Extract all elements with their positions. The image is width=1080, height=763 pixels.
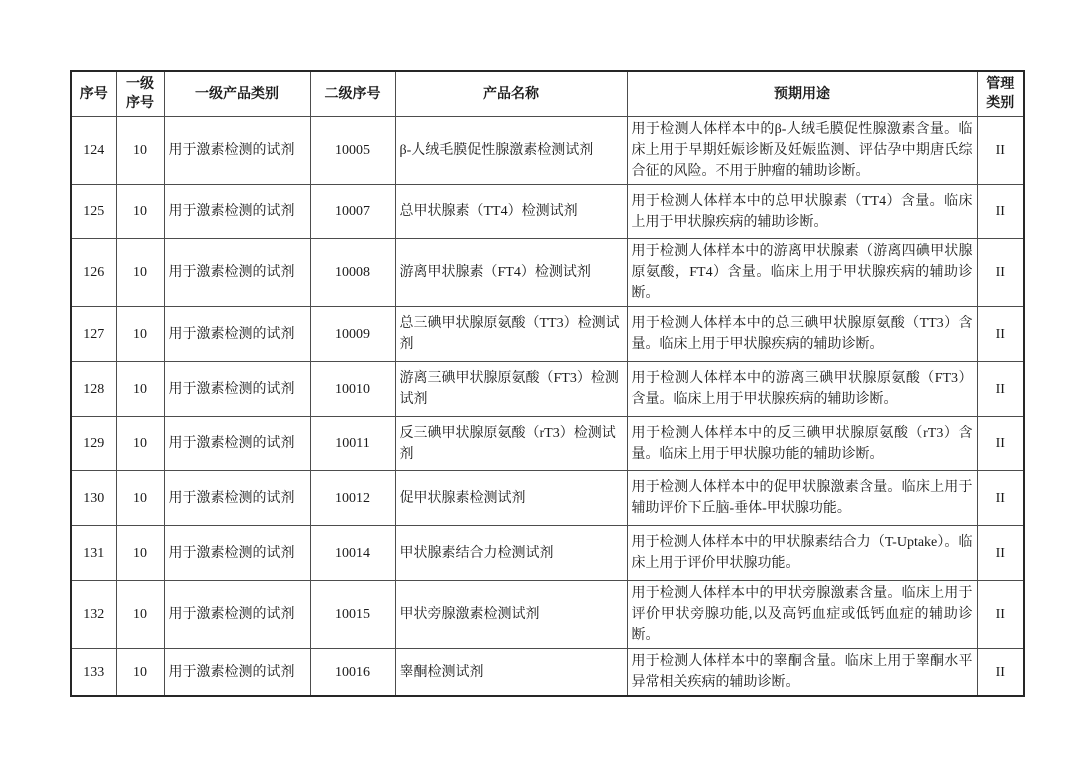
cell-level2-seq: 10016 [310, 649, 395, 697]
table-row: 132 10 用于激素检测的试剂 10015 甲状旁腺激素检测试剂 用于检测人体… [71, 581, 1024, 649]
table-row: 127 10 用于激素检测的试剂 10009 总三碘甲状腺原氨酸（TT3）检测试… [71, 307, 1024, 362]
cell-level1-seq: 10 [116, 117, 164, 185]
table-row: 133 10 用于激素检测的试剂 10016 睾酮检测试剂 用于检测人体样本中的… [71, 649, 1024, 697]
table-row: 129 10 用于激素检测的试剂 10011 反三碘甲状腺原氨酸（rT3）检测试… [71, 417, 1024, 471]
cell-intended-use: 用于检测人体样本中的总三碘甲状腺原氨酸（TT3）含量。临床上用于甲状腺疾病的辅助… [627, 307, 977, 362]
cell-mgmt-class: II [977, 239, 1024, 307]
table-header-row: 序号 一级序号 一级产品类别 二级序号 产品名称 预期用途 管理类别 [71, 71, 1024, 117]
header-product-name: 产品名称 [395, 71, 627, 117]
table-body: 124 10 用于激素检测的试剂 10005 β-人绒毛膜促性腺激素检测试剂 用… [71, 117, 1024, 697]
product-catalog-table: 序号 一级序号 一级产品类别 二级序号 产品名称 预期用途 管理类别 124 1… [70, 70, 1025, 697]
cell-product-name: 甲状旁腺激素检测试剂 [395, 581, 627, 649]
cell-level2-seq: 10014 [310, 526, 395, 581]
table-row: 131 10 用于激素检测的试剂 10014 甲状腺素结合力检测试剂 用于检测人… [71, 526, 1024, 581]
table-row: 130 10 用于激素检测的试剂 10012 促甲状腺素检测试剂 用于检测人体样… [71, 471, 1024, 526]
cell-level2-seq: 10012 [310, 471, 395, 526]
cell-mgmt-class: II [977, 185, 1024, 239]
cell-mgmt-class: II [977, 307, 1024, 362]
document-page: 序号 一级序号 一级产品类别 二级序号 产品名称 预期用途 管理类别 124 1… [0, 0, 1080, 763]
table-row: 128 10 用于激素检测的试剂 10010 游离三碘甲状腺原氨酸（FT3）检测… [71, 362, 1024, 417]
cell-product-name: 总三碘甲状腺原氨酸（TT3）检测试剂 [395, 307, 627, 362]
table-row: 126 10 用于激素检测的试剂 10008 游离甲状腺素（FT4）检测试剂 用… [71, 239, 1024, 307]
cell-intended-use: 用于检测人体样本中的β-人绒毛膜促性腺激素含量。临床上用于早期妊娠诊断及妊娠监测… [627, 117, 977, 185]
cell-level2-seq: 10015 [310, 581, 395, 649]
header-category: 一级产品类别 [164, 71, 310, 117]
cell-level1-seq: 10 [116, 471, 164, 526]
header-intended-use: 预期用途 [627, 71, 977, 117]
cell-seq: 124 [71, 117, 116, 185]
cell-level1-seq: 10 [116, 526, 164, 581]
cell-mgmt-class: II [977, 526, 1024, 581]
cell-level1-seq: 10 [116, 362, 164, 417]
cell-level1-seq: 10 [116, 649, 164, 697]
cell-category: 用于激素检测的试剂 [164, 649, 310, 697]
cell-category: 用于激素检测的试剂 [164, 526, 310, 581]
cell-level2-seq: 10011 [310, 417, 395, 471]
cell-product-name: 游离三碘甲状腺原氨酸（FT3）检测试剂 [395, 362, 627, 417]
cell-level1-seq: 10 [116, 185, 164, 239]
cell-intended-use: 用于检测人体样本中的促甲状腺激素含量。临床上用于辅助评价下丘脑-垂体-甲状腺功能… [627, 471, 977, 526]
cell-mgmt-class: II [977, 417, 1024, 471]
cell-mgmt-class: II [977, 362, 1024, 417]
cell-seq: 133 [71, 649, 116, 697]
cell-category: 用于激素检测的试剂 [164, 362, 310, 417]
cell-mgmt-class: II [977, 649, 1024, 697]
cell-intended-use: 用于检测人体样本中的甲状腺素结合力（T-Uptake）。临床上用于评价甲状腺功能… [627, 526, 977, 581]
cell-intended-use: 用于检测人体样本中的睾酮含量。临床上用于睾酮水平异常相关疾病的辅助诊断。 [627, 649, 977, 697]
cell-seq: 131 [71, 526, 116, 581]
cell-intended-use: 用于检测人体样本中的游离甲状腺素（游离四碘甲状腺原氨酸，FT4）含量。临床上用于… [627, 239, 977, 307]
cell-product-name: 总甲状腺素（TT4）检测试剂 [395, 185, 627, 239]
table-row: 124 10 用于激素检测的试剂 10005 β-人绒毛膜促性腺激素检测试剂 用… [71, 117, 1024, 185]
cell-mgmt-class: II [977, 581, 1024, 649]
cell-product-name: β-人绒毛膜促性腺激素检测试剂 [395, 117, 627, 185]
cell-category: 用于激素检测的试剂 [164, 471, 310, 526]
header-level2-seq: 二级序号 [310, 71, 395, 117]
cell-seq: 125 [71, 185, 116, 239]
cell-level2-seq: 10009 [310, 307, 395, 362]
cell-product-name: 甲状腺素结合力检测试剂 [395, 526, 627, 581]
header-seq: 序号 [71, 71, 116, 117]
cell-product-name: 促甲状腺素检测试剂 [395, 471, 627, 526]
cell-level1-seq: 10 [116, 581, 164, 649]
cell-level2-seq: 10007 [310, 185, 395, 239]
cell-product-name: 游离甲状腺素（FT4）检测试剂 [395, 239, 627, 307]
cell-product-name: 睾酮检测试剂 [395, 649, 627, 697]
cell-seq: 132 [71, 581, 116, 649]
cell-seq: 126 [71, 239, 116, 307]
cell-level1-seq: 10 [116, 417, 164, 471]
cell-level2-seq: 10010 [310, 362, 395, 417]
cell-seq: 127 [71, 307, 116, 362]
cell-level1-seq: 10 [116, 239, 164, 307]
cell-category: 用于激素检测的试剂 [164, 117, 310, 185]
cell-intended-use: 用于检测人体样本中的甲状旁腺激素含量。临床上用于评价甲状旁腺功能,以及高钙血症或… [627, 581, 977, 649]
cell-seq: 128 [71, 362, 116, 417]
header-mgmt-class: 管理类别 [977, 71, 1024, 117]
cell-intended-use: 用于检测人体样本中的反三碘甲状腺原氨酸（rT3）含量。临床上用于甲状腺功能的辅助… [627, 417, 977, 471]
cell-category: 用于激素检测的试剂 [164, 581, 310, 649]
table-row: 125 10 用于激素检测的试剂 10007 总甲状腺素（TT4）检测试剂 用于… [71, 185, 1024, 239]
cell-category: 用于激素检测的试剂 [164, 185, 310, 239]
cell-seq: 129 [71, 417, 116, 471]
cell-level2-seq: 10008 [310, 239, 395, 307]
cell-category: 用于激素检测的试剂 [164, 307, 310, 362]
cell-product-name: 反三碘甲状腺原氨酸（rT3）检测试剂 [395, 417, 627, 471]
cell-seq: 130 [71, 471, 116, 526]
cell-mgmt-class: II [977, 117, 1024, 185]
cell-mgmt-class: II [977, 471, 1024, 526]
cell-category: 用于激素检测的试剂 [164, 239, 310, 307]
cell-intended-use: 用于检测人体样本中的游离三碘甲状腺原氨酸（FT3）含量。临床上用于甲状腺疾病的辅… [627, 362, 977, 417]
cell-level2-seq: 10005 [310, 117, 395, 185]
cell-level1-seq: 10 [116, 307, 164, 362]
cell-category: 用于激素检测的试剂 [164, 417, 310, 471]
cell-intended-use: 用于检测人体样本中的总甲状腺素（TT4）含量。临床上用于甲状腺疾病的辅助诊断。 [627, 185, 977, 239]
header-level1-seq: 一级序号 [116, 71, 164, 117]
